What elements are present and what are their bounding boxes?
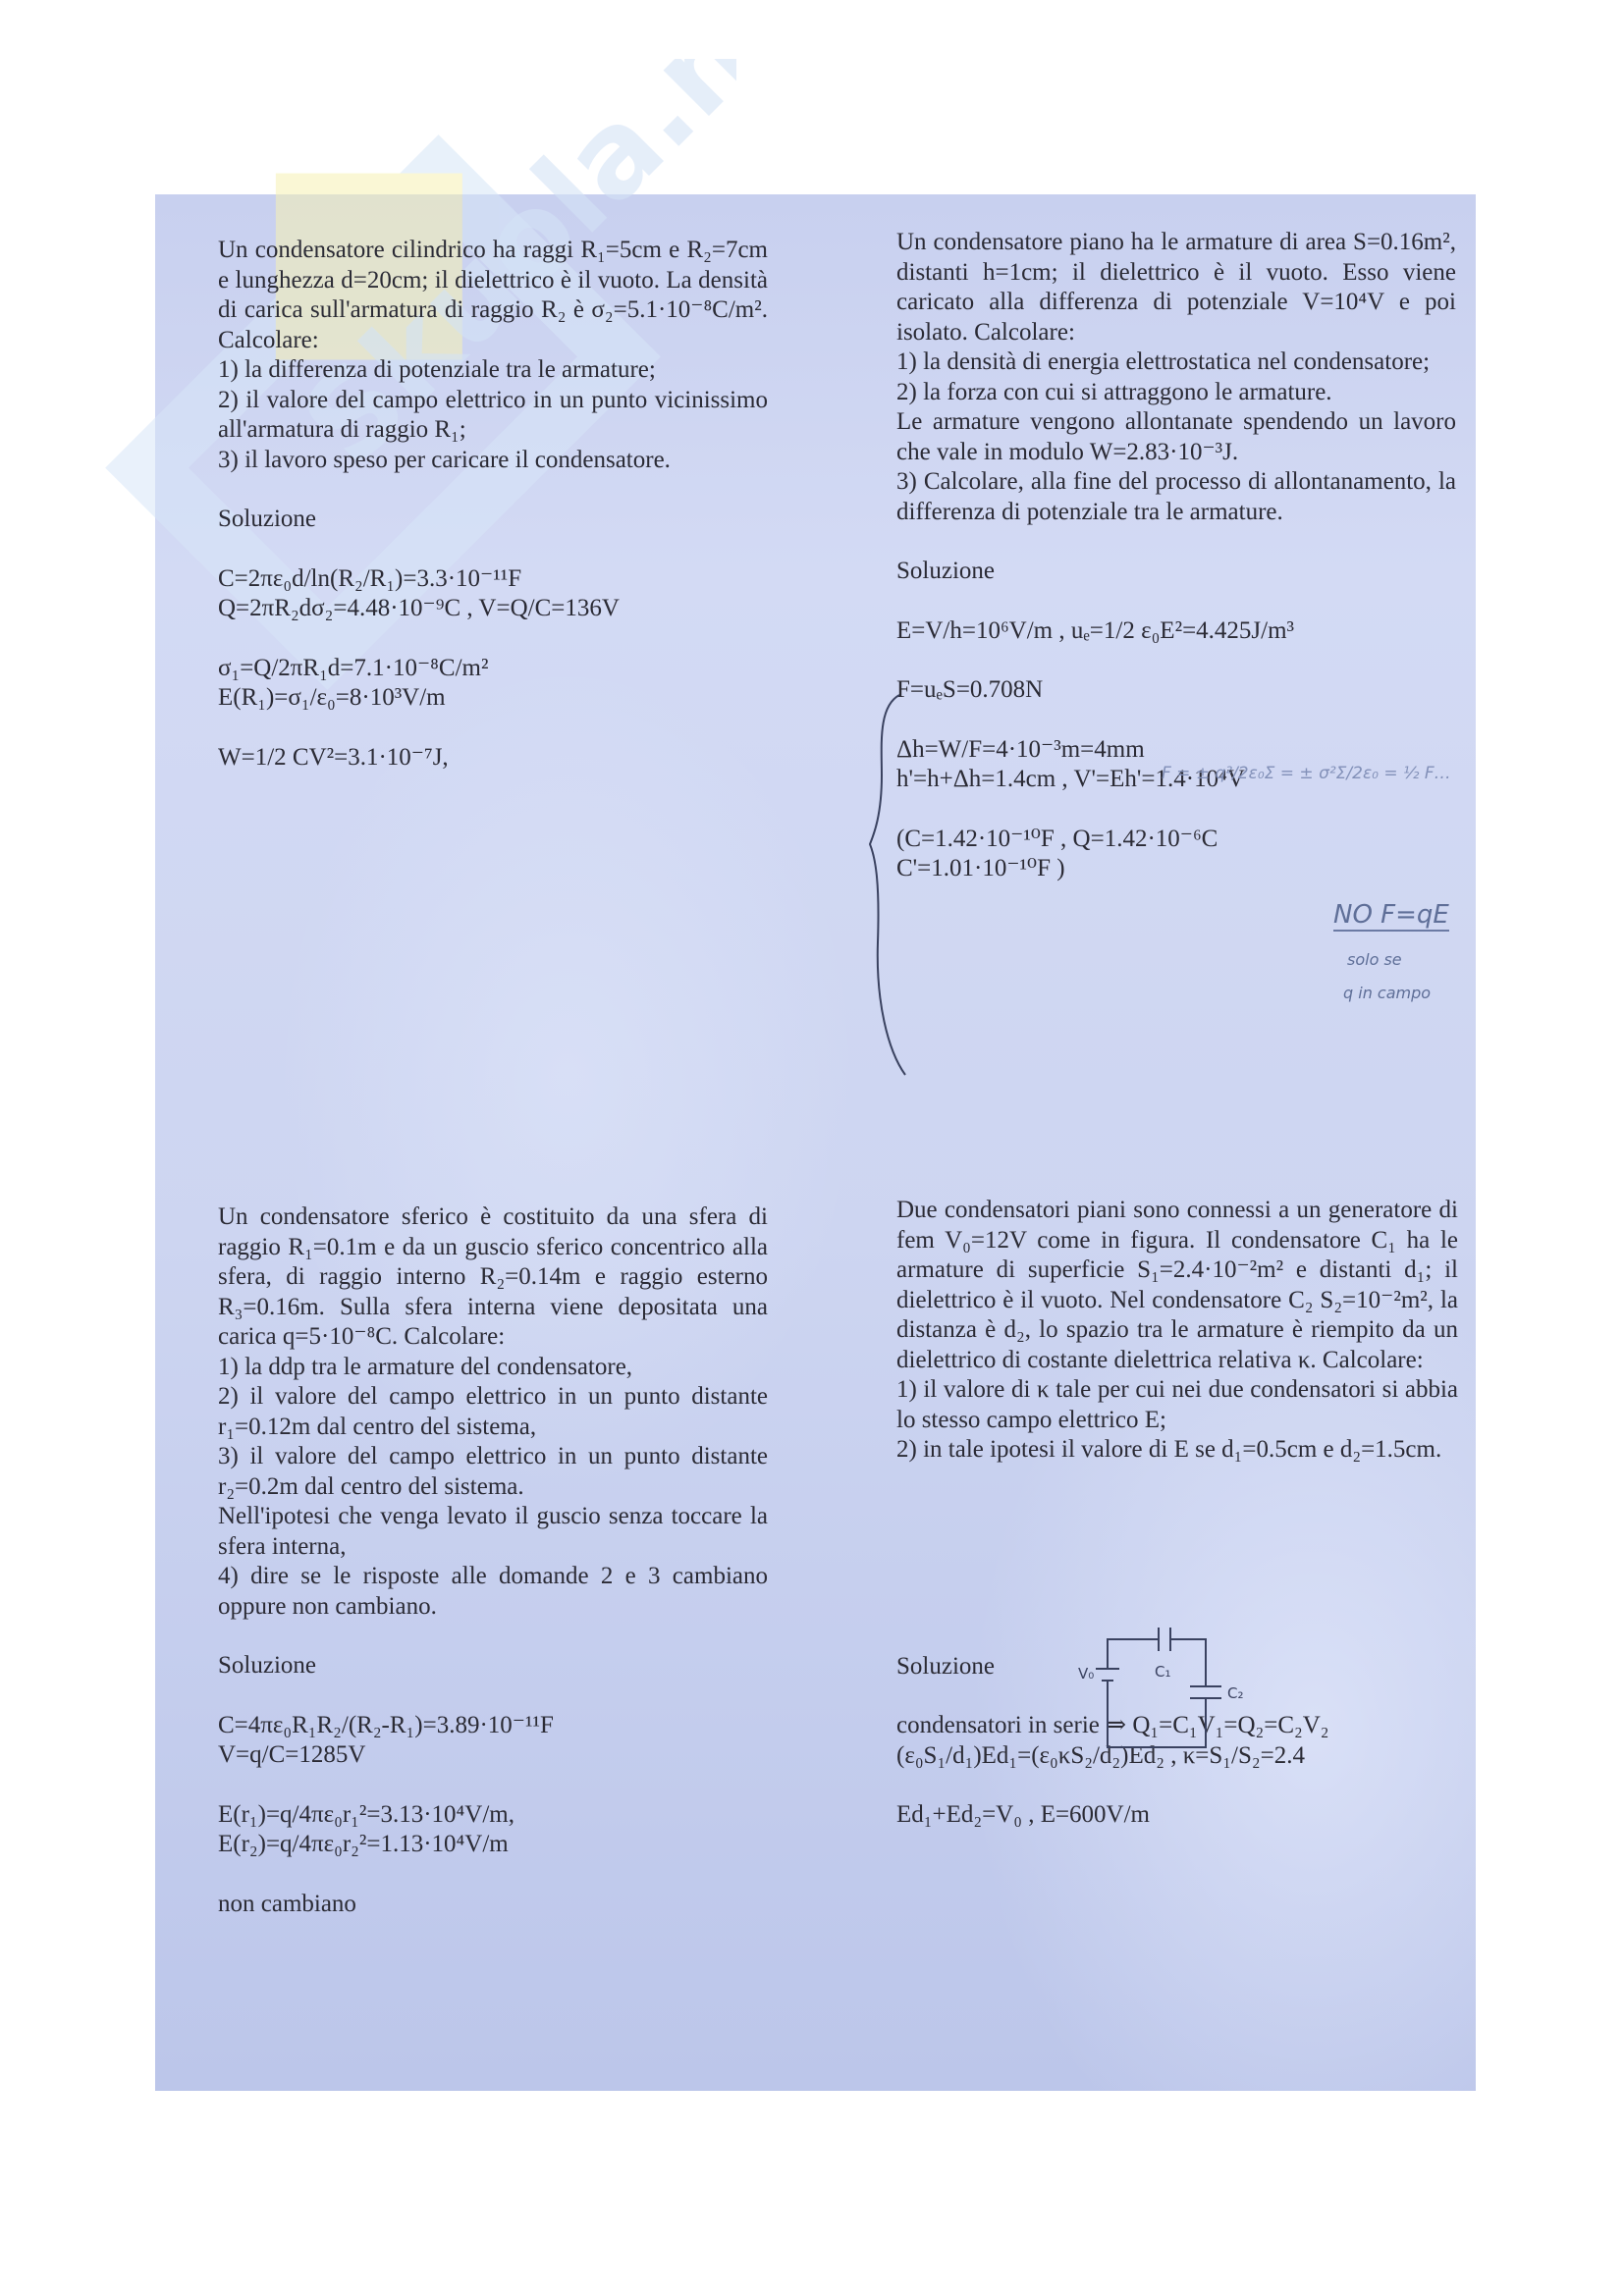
solution-line: (C=1.42·10⁻¹⁰F , Q=1.42·10⁻⁶C	[896, 825, 1456, 855]
handwritten-remark: NO F=qE	[1333, 900, 1449, 932]
handwritten-remark: solo se	[1347, 950, 1402, 969]
question-1: 1) la densità di energia elettrostatica …	[896, 347, 1456, 378]
problem-text: Due condensatori piani sono connessi a u…	[896, 1196, 1458, 1375]
solution-heading: Soluzione	[218, 505, 768, 535]
solution-line: C=2πε₀d/ln(R₂/R₁)=3.3·10⁻¹¹F	[218, 564, 768, 595]
question-4: 4) dire se le risposte alle domande 2 e …	[218, 1562, 768, 1622]
problem-text: Un condensatore piano ha le armature di …	[896, 228, 1456, 347]
question-2: 2) la forza con cui si attraggono le arm…	[896, 378, 1456, 408]
question-3: 3) il lavoro speso per caricare il conde…	[218, 446, 768, 476]
problem-text: Nell'ipotesi che venga levato il guscio …	[218, 1502, 768, 1562]
solution-line: F=uₑS=0.708N	[896, 675, 1456, 706]
question-1: 1) la differenza di potenziale tra le ar…	[218, 355, 768, 386]
solution-line: V=q/C=1285V	[218, 1740, 768, 1771]
c1-label: C₁	[1155, 1663, 1171, 1681]
question-2: 2) in tale ipotesi il valore di E se d₁=…	[896, 1435, 1458, 1466]
question-3: 3) Calcolare, alla fine del processo di …	[896, 467, 1456, 527]
source-label: V₀	[1078, 1665, 1094, 1682]
problem-text: Un condensatore cilindrico ha raggi R₁=5…	[218, 236, 768, 355]
exercise-cylindrical: Un condensatore cilindrico ha raggi R₁=5…	[218, 236, 768, 773]
problem-text: Un condensatore sferico è costituito da …	[218, 1202, 768, 1353]
solution-line: Δh=W/F=4·10⁻³m=4mm	[896, 735, 1456, 766]
handwritten-formula: F = ± q²/2ε₀Σ = ± σ²Σ/2ε₀ = ½ F…	[1162, 764, 1451, 783]
question-2: 2) il valore del campo elettrico in un p…	[218, 1382, 768, 1442]
exercise-parallel-plate: Un condensatore piano ha le armature di …	[896, 228, 1456, 884]
question-1: 1) il valore di κ tale per cui nei due c…	[896, 1375, 1458, 1435]
question-2: 2) il valore del campo elettrico in un p…	[218, 386, 768, 446]
solution-line: E(r₁)=q/4πε₀r₁²=3.13·10⁴V/m,	[218, 1800, 768, 1831]
solution-line: E=V/h=10⁶V/m , uₑ=1/2 ε₀E²=4.425J/m³	[896, 616, 1456, 647]
solution-line: Q=2πR₂dσ₂=4.48·10⁻⁹C , V=Q/C=136V	[218, 594, 768, 624]
solution-line: C=4πε₀R₁R₂/(R₂-R₁)=3.89·10⁻¹¹F	[218, 1711, 768, 1741]
solution-heading: Soluzione	[896, 557, 1456, 587]
solution-line: non cambiano	[218, 1890, 768, 1920]
solution-line: E(R₁)=σ₁/ε₀=8·10³V/m	[218, 683, 768, 714]
circuit-diagram: V₀ C₁ C₂	[1060, 1610, 1286, 1757]
handwritten-brace-icon	[868, 687, 907, 1080]
question-1: 1) la ddp tra le armature del condensato…	[218, 1353, 768, 1383]
solution-line: E(r₂)=q/4πε₀r₂²=1.13·10⁴V/m	[218, 1830, 768, 1860]
handwritten-remark: q in campo	[1343, 984, 1431, 1002]
c2-label: C₂	[1227, 1684, 1244, 1702]
problem-text: Le armature vengono allontanate spendend…	[896, 407, 1456, 467]
solution-line: Ed₁+Ed₂=V₀ , E=600V/m	[896, 1800, 1458, 1831]
question-3: 3) il valore del campo elettrico in un p…	[218, 1442, 768, 1502]
exercise-spherical: Un condensatore sferico è costituito da …	[218, 1202, 768, 1919]
solution-line: σ₁=Q/2πR₁d=7.1·10⁻⁸C/m²	[218, 654, 768, 684]
solution-line: W=1/2 CV²=3.1·10⁻⁷J,	[218, 743, 768, 774]
solution-line: C'=1.01·10⁻¹⁰F )	[896, 854, 1456, 884]
solution-heading: Soluzione	[218, 1651, 768, 1682]
